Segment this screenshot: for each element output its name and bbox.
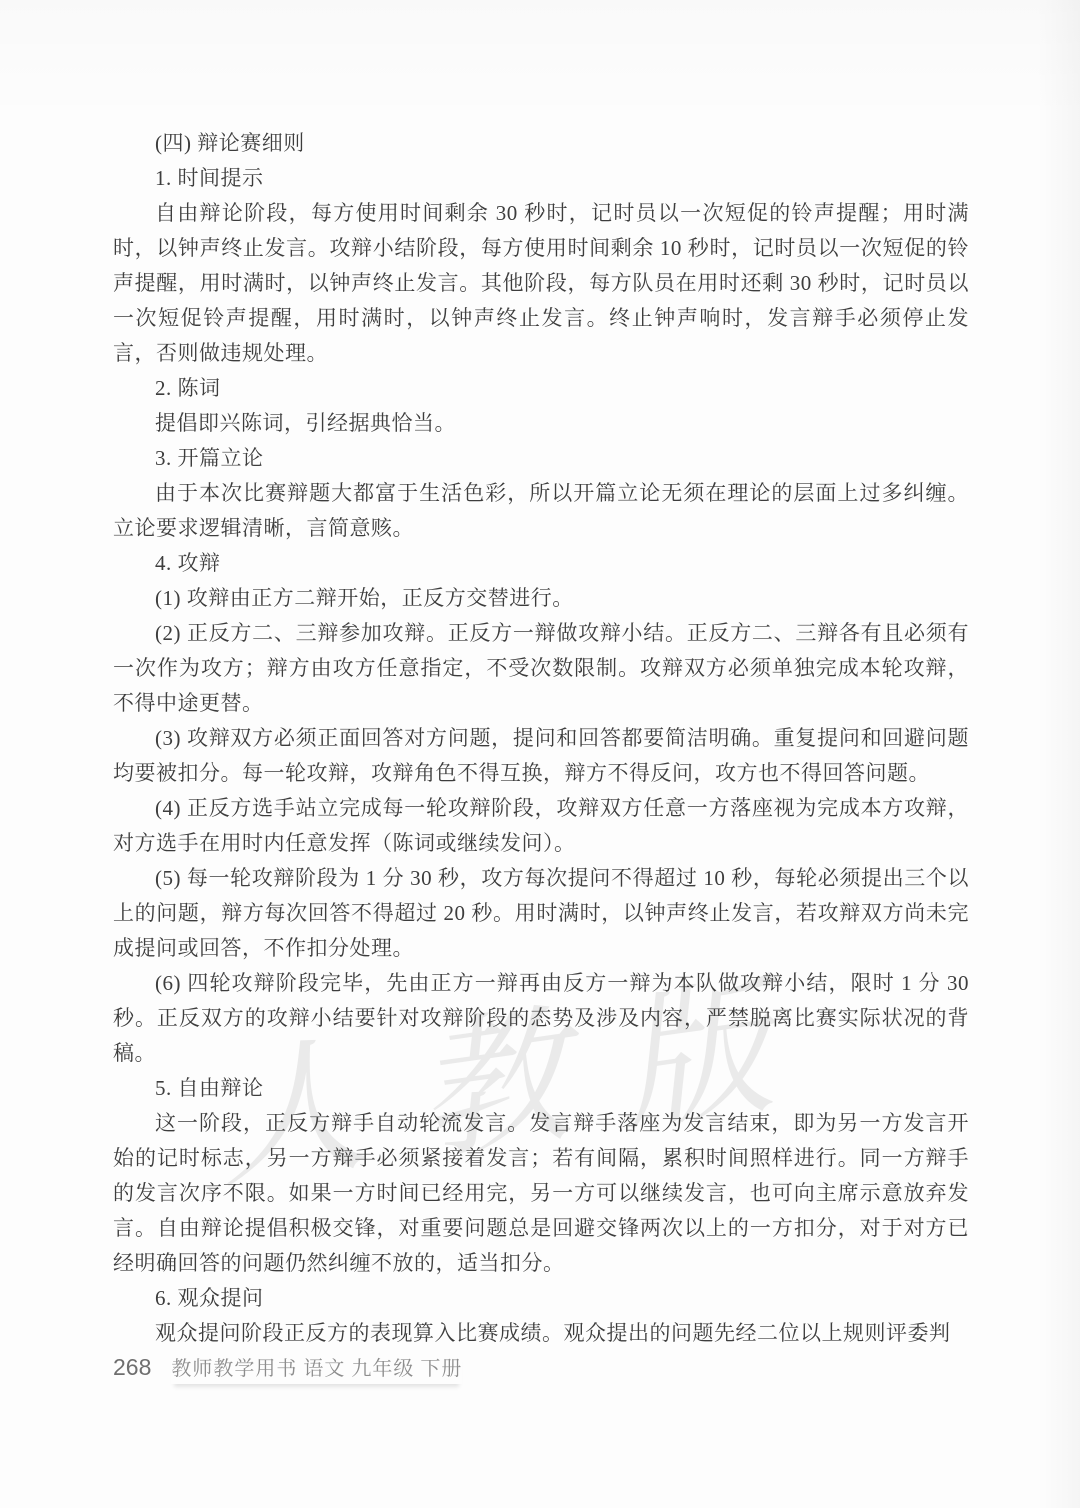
scanned-book-page: 人教版 (四) 辩论赛细则1. 时间提示自由辩论阶段，每方使用时间剩余 30 秒… bbox=[0, 0, 1080, 1508]
paragraph: 自由辩论阶段，每方使用时间剩余 30 秒时，记时员以一次短促的铃声提醒；用时满时… bbox=[113, 196, 969, 371]
section-heading: (四) 辩论赛细则 bbox=[113, 126, 969, 161]
section-heading: 1. 时间提示 bbox=[113, 161, 969, 196]
page-number: 268 bbox=[113, 1354, 151, 1381]
section-heading: 2. 陈词 bbox=[113, 371, 969, 406]
paragraph: 由于本次比赛辩题大都富于生活色彩，所以开篇立论无须在理论的层面上过多纠缠。立论要… bbox=[113, 476, 969, 546]
paragraph: 观众提问阶段正反方的表现算入比赛成绩。观众提出的问题先经二位以上规则评委判 bbox=[113, 1316, 969, 1351]
paragraph: 提倡即兴陈词，引经据典恰当。 bbox=[113, 406, 969, 441]
paragraph: (2) 正反方二、三辩参加攻辩。正反方一辩做攻辩小结。正反方二、三辩各有且必须有… bbox=[113, 616, 969, 721]
page-footer: 268 教师教学用书 语文 九年级 下册 bbox=[113, 1352, 462, 1384]
section-heading: 6. 观众提问 bbox=[113, 1281, 969, 1316]
section-heading: 4. 攻辩 bbox=[113, 546, 969, 581]
paragraph: (4) 正反方选手站立完成每一轮攻辩阶段，攻辩双方任意一方落座视为完成本方攻辩，… bbox=[113, 791, 969, 861]
paragraph: (1) 攻辩由正方二辩开始，正反方交替进行。 bbox=[113, 581, 969, 616]
section-heading: 5. 自由辩论 bbox=[113, 1071, 969, 1106]
section-heading: 3. 开篇立论 bbox=[113, 441, 969, 476]
paragraph: 这一阶段，正反方辩手自动轮流发言。发言辩手落座为发言结束，即为另一方发言开始的记… bbox=[113, 1106, 969, 1281]
document-body: (四) 辩论赛细则1. 时间提示自由辩论阶段，每方使用时间剩余 30 秒时，记时… bbox=[113, 126, 969, 1351]
paragraph: (5) 每一轮攻辩阶段为 1 分 30 秒，攻方每次提问不得超过 10 秒，每轮… bbox=[113, 861, 969, 966]
paragraph: (6) 四轮攻辩阶段完毕，先由正方一辩再由反方一辩为本队做攻辩小结，限时 1 分… bbox=[113, 966, 969, 1071]
book-title: 教师教学用书 语文 九年级 下册 bbox=[171, 1352, 462, 1384]
paragraph: (3) 攻辩双方必须正面回答对方问题，提问和回答都要简洁明确。重复提问和回避问题… bbox=[113, 721, 969, 791]
